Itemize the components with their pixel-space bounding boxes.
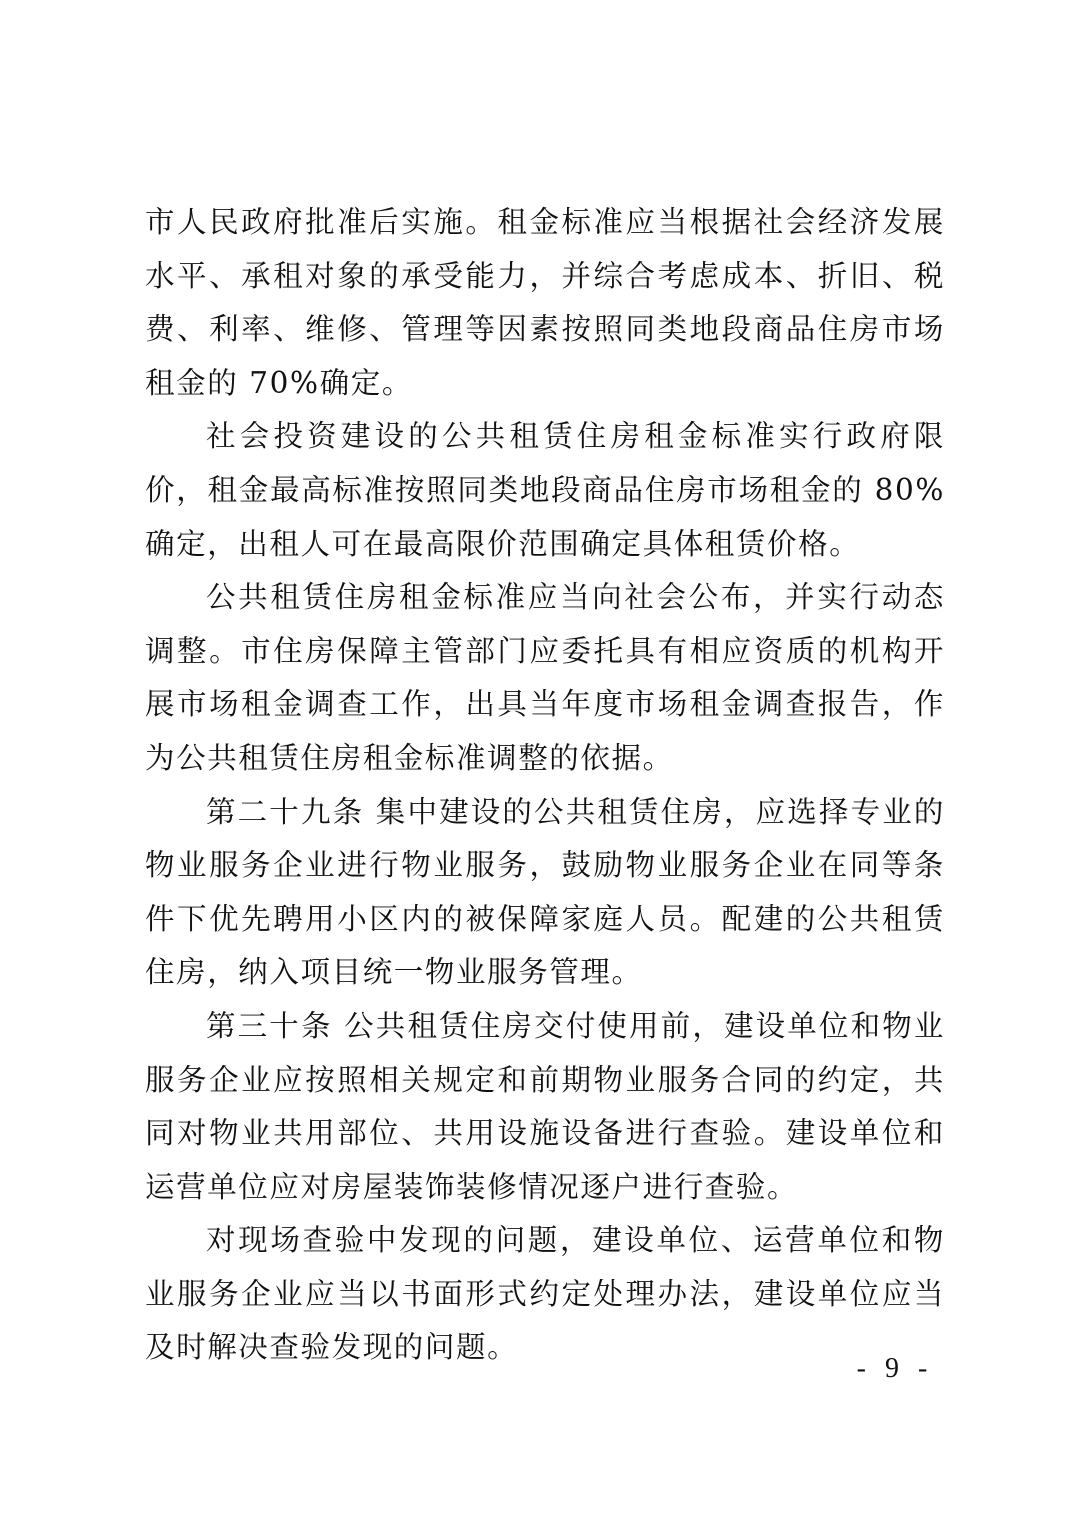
page-number: - 9 - xyxy=(855,1353,935,1385)
paragraph-rent-adjustment: 公共租赁住房租金标准应当向社会公布，并实行动态调整。市住房保障主管部门应委托具有… xyxy=(145,571,945,785)
document-page: 市人民政府批准后实施。租金标准应当根据社会经济发展水平、承租对象的承受能力，并综… xyxy=(0,0,1074,1520)
paragraph-article-29: 第二十九条 集中建设的公共租赁住房，应选择专业的物业服务企业进行物业服务，鼓励物… xyxy=(145,786,945,1000)
paragraph-social-investment-rent: 社会投资建设的公共租赁住房租金标准实行政府限价，租金最高标准按照同类地段商品住房… xyxy=(145,410,945,571)
paragraph-inspection-issues: 对现场查验中发现的问题，建设单位、运营单位和物业服务企业应当以书面形式约定处理办… xyxy=(145,1214,945,1375)
paragraph-article-30: 第三十条 公共租赁住房交付使用前，建设单位和物业服务企业应按照相关规定和前期物业… xyxy=(145,1000,945,1214)
paragraph-rent-standard: 市人民政府批准后实施。租金标准应当根据社会经济发展水平、承租对象的承受能力，并综… xyxy=(145,196,945,410)
document-body: 市人民政府批准后实施。租金标准应当根据社会经济发展水平、承租对象的承受能力，并综… xyxy=(145,196,945,1375)
